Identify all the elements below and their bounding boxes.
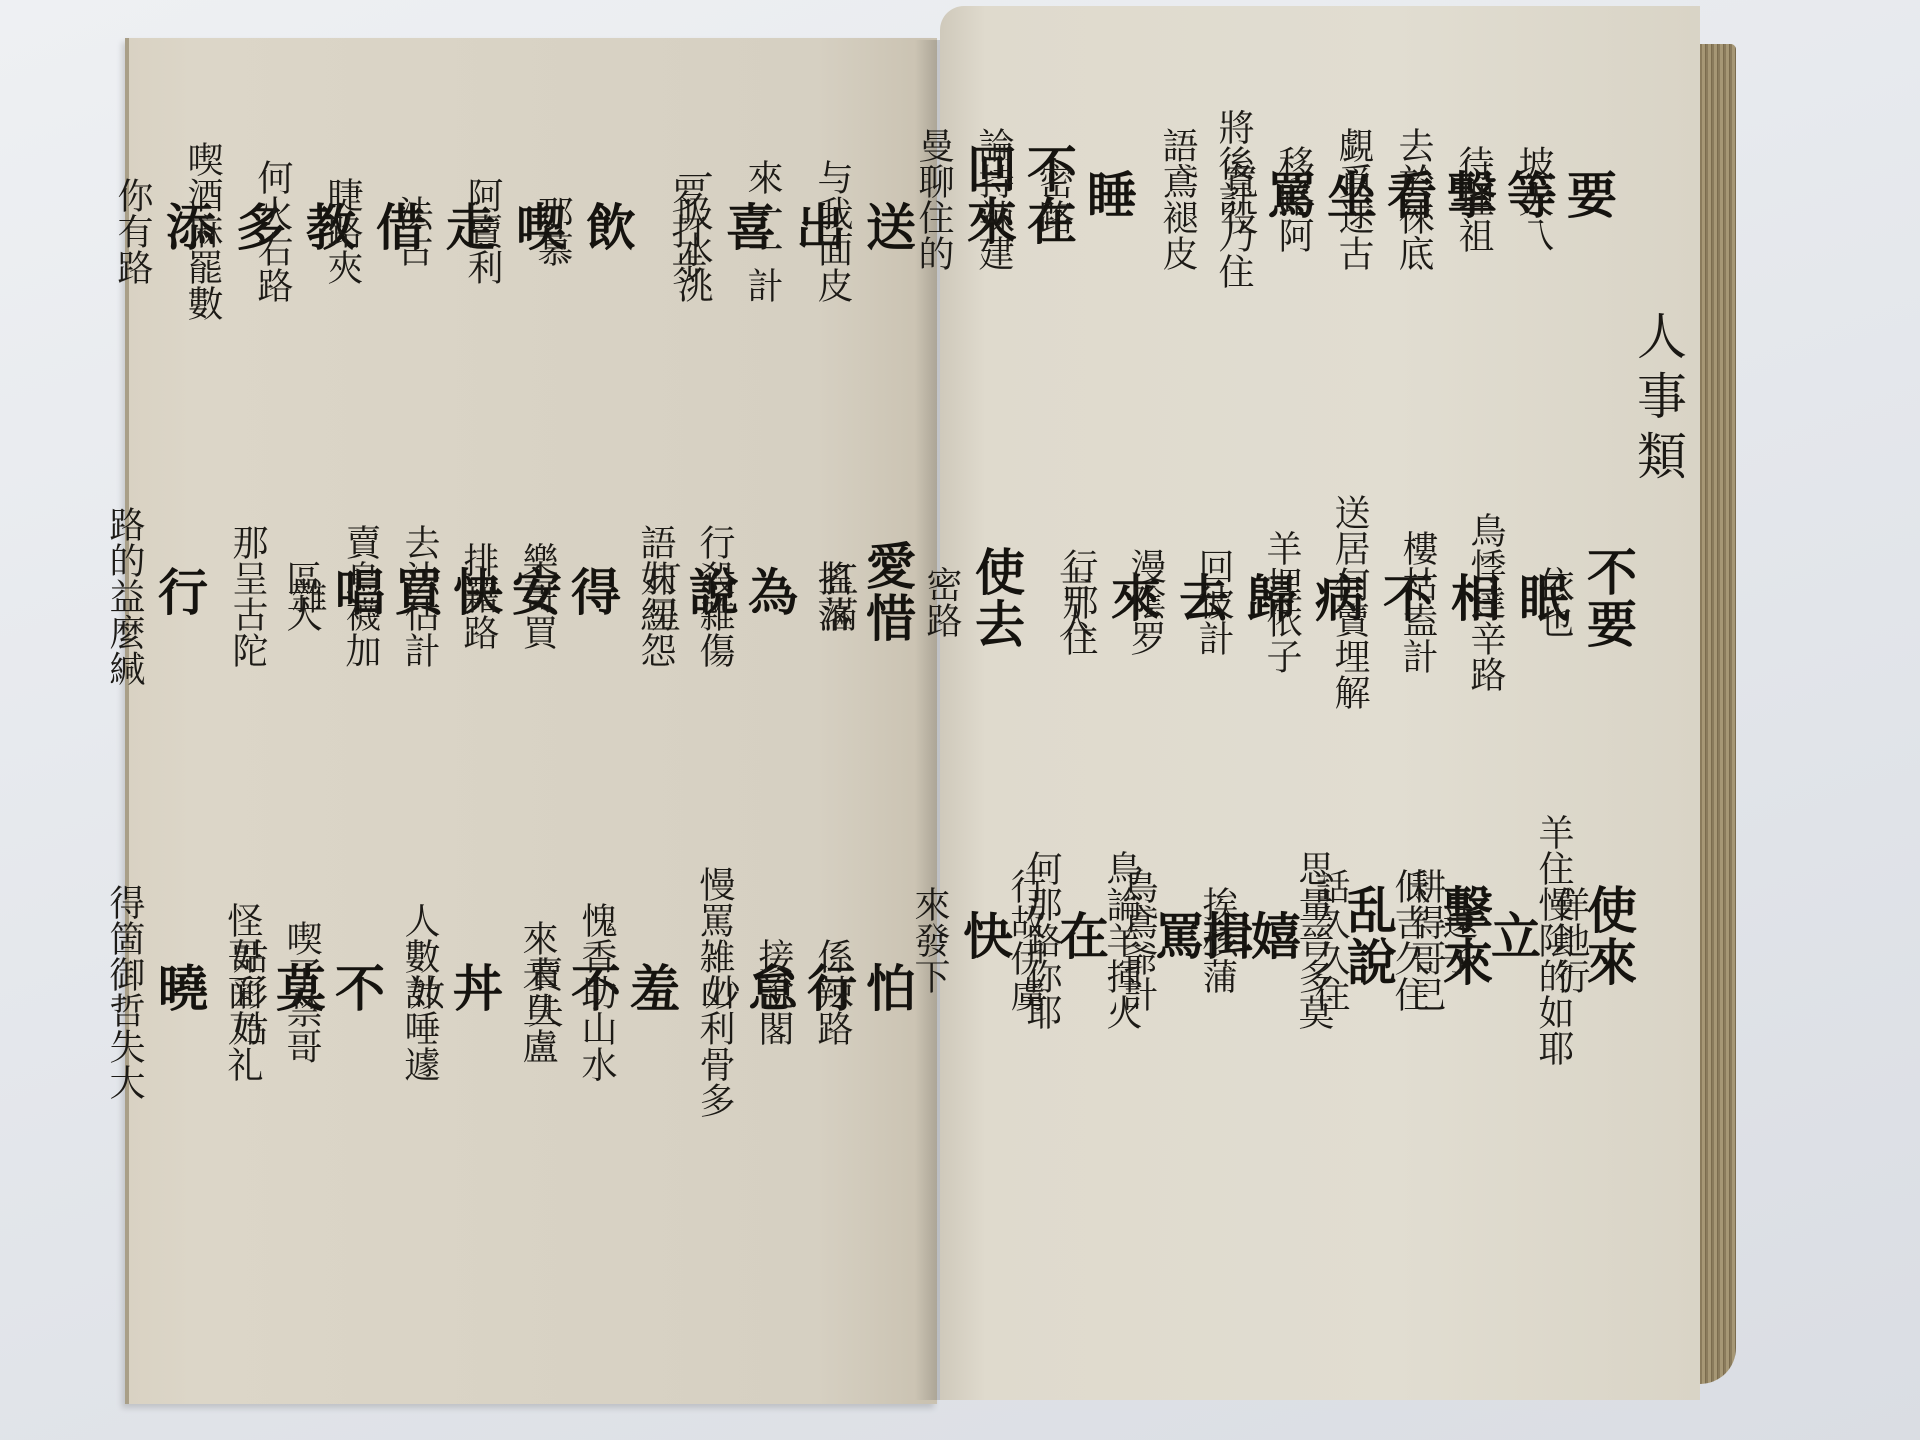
gloss-reading: 坡火乁: [1510, 145, 1556, 253]
gloss-reading: 愧香助山水: [573, 902, 619, 1082]
vocab-entry: 那呈古陀: [211, 498, 270, 686]
gloss-reading: 密路: [918, 566, 964, 638]
headword: 睡: [1076, 169, 1140, 221]
vocab-entry: 使去密路: [960, 486, 1028, 710]
gloss-reading: 与我面皮: [809, 159, 855, 303]
gloss-reading: 移路阿: [1270, 145, 1316, 253]
headword: 飲: [575, 201, 639, 253]
gloss-reading: 行殺雑傷: [691, 524, 737, 668]
gloss-reading: 羊住慢隂的如耶: [1530, 814, 1576, 1066]
headword: 不要: [1576, 546, 1640, 650]
gloss-reading: 來未旦盧: [514, 920, 560, 1064]
gloss-reading: 漫隂罗: [1122, 548, 1168, 656]
gloss-reading: 語妹紉怨: [632, 524, 678, 668]
vocab-entry: 睡密路: [1080, 101, 1140, 289]
gloss-reading: 睫路夾: [319, 177, 365, 285]
vocab-entry: 語鳶褪皮: [1140, 101, 1200, 289]
left-page: 送与我面皮出來一一計喜一吸水洮罗打步飲那慕喫阿賣利走法古借睫路夾教何火右路多喫酒…: [125, 38, 937, 1404]
gloss-reading: 來一一計: [739, 159, 785, 303]
gloss-reading: 依也: [1530, 566, 1576, 638]
headword: 羞: [619, 962, 683, 1014]
vocab-entry: 不要依也: [1572, 486, 1640, 710]
headword: 為: [737, 566, 801, 618]
vocab-entry: 要坡火乁: [1560, 101, 1620, 289]
vocab-entry: 羞愧香助山水: [624, 858, 683, 1118]
vocab-entry: 不喫了禁哥: [329, 858, 388, 1118]
gloss-reading: 一吸水洮: [669, 159, 715, 303]
gloss-reading: 怪哥面乃礼: [219, 902, 265, 1082]
headword: 要: [1556, 169, 1620, 221]
gloss-reading: 語鳶褪皮: [1154, 127, 1200, 271]
gloss-reading: 樂哥買: [514, 542, 560, 650]
headword: 曉: [147, 962, 211, 1014]
page-edge-stack: [1700, 44, 1736, 1384]
gloss-reading: 區大: [278, 560, 324, 632]
category-heading: 人事類: [1622, 310, 1694, 490]
vocab-entry: 使來羊住慢隂的如耶: [1592, 806, 1640, 1066]
vocab-entry: 得樂哥買: [565, 498, 624, 686]
gloss-reading: 待埋祖: [1450, 145, 1496, 253]
gloss-reading: 排藉路: [455, 542, 501, 650]
gloss-reading: 搖落: [809, 560, 855, 632]
gloss-reading: 那呈古陀: [224, 524, 270, 668]
gloss-reading: 論持辣建: [970, 127, 1016, 271]
vocab-entry: 送与我面皮: [849, 133, 919, 321]
vocab-entry: 飲那慕: [569, 133, 639, 321]
vocab-entry: 愛惜搖落: [860, 498, 919, 686]
gloss-reading: 接說閣: [750, 938, 796, 1046]
gloss-reading: 曼聊住的: [910, 127, 956, 271]
gloss-reading: 鳥論羊揮火: [1098, 850, 1144, 1030]
headword: 行: [147, 566, 211, 618]
gloss-reading: 得箇御哲失大: [101, 884, 147, 1100]
headword: 得: [560, 566, 624, 618]
gloss-reading: 回彼計: [1190, 548, 1236, 656]
gloss-reading: 你有路: [109, 177, 155, 285]
headword: 丼: [442, 962, 506, 1014]
gloss-reading: 喫了禁哥: [278, 920, 324, 1064]
gloss-reading: 覷覓逑古: [1330, 127, 1376, 271]
gloss-reading: 將後計乃住: [1210, 109, 1256, 289]
right-page: 要坡火乁等待埋祖撃去於徠底看覷覓逑古坐移路阿罵將後計乃住寬役語鳶褪皮睡密路不在論…: [940, 6, 1700, 1400]
gloss-reading: 路的益麼緘: [101, 506, 147, 686]
headword: 使來: [1576, 884, 1640, 988]
gloss-reading: 去於徠底: [1390, 127, 1436, 271]
gloss-reading: 阿賣利: [459, 177, 505, 285]
gloss-reading: 何火右路: [249, 159, 295, 303]
gloss-reading: 喫酒麻罷數: [179, 141, 225, 321]
headword: 愛惜: [855, 540, 919, 644]
gloss-reading: 思量晉多莫: [1290, 850, 1336, 1030]
gloss-reading: 送居何賣埋解: [1326, 494, 1372, 710]
gloss-reading: 低吉久住: [1386, 868, 1432, 1012]
gloss-reading: 係辣路: [809, 938, 855, 1046]
headword: 不: [324, 962, 388, 1014]
gloss-reading: 鳥悸達辛路: [1462, 512, 1508, 692]
gloss-reading: 行那住: [1054, 548, 1100, 656]
headword: 使去: [964, 546, 1028, 650]
vocab-entry: 行路的益麼緘: [152, 498, 211, 686]
gloss-reading: 那慕: [529, 195, 575, 267]
gloss-reading: 挨核蒲: [1194, 886, 1240, 994]
gloss-reading: 賣鳥襪加: [337, 524, 383, 668]
gloss-reading: 法古: [389, 195, 435, 267]
gloss-reading: 人數計唾遽: [396, 902, 442, 1082]
gloss-reading: 樓枯盍計: [1394, 530, 1440, 674]
gloss-reading: 慢罵雑山利骨多: [691, 866, 737, 1118]
vocab-entry: 曉得箇御哲失大: [152, 858, 211, 1118]
gloss-reading: 密路: [1030, 163, 1076, 235]
gloss-reading: 來發下: [906, 886, 952, 994]
vocab-entry: 丼人數計唾遽: [447, 858, 506, 1118]
gloss-reading: 去法估計: [396, 524, 442, 668]
gloss-reading: 羊埋依子: [1258, 530, 1304, 674]
gloss-reading: 行故伊虜: [1002, 868, 1048, 1012]
gloss-reading: 遠子: [1434, 904, 1480, 976]
vocab-entry: 為行殺雑傷: [742, 498, 801, 686]
